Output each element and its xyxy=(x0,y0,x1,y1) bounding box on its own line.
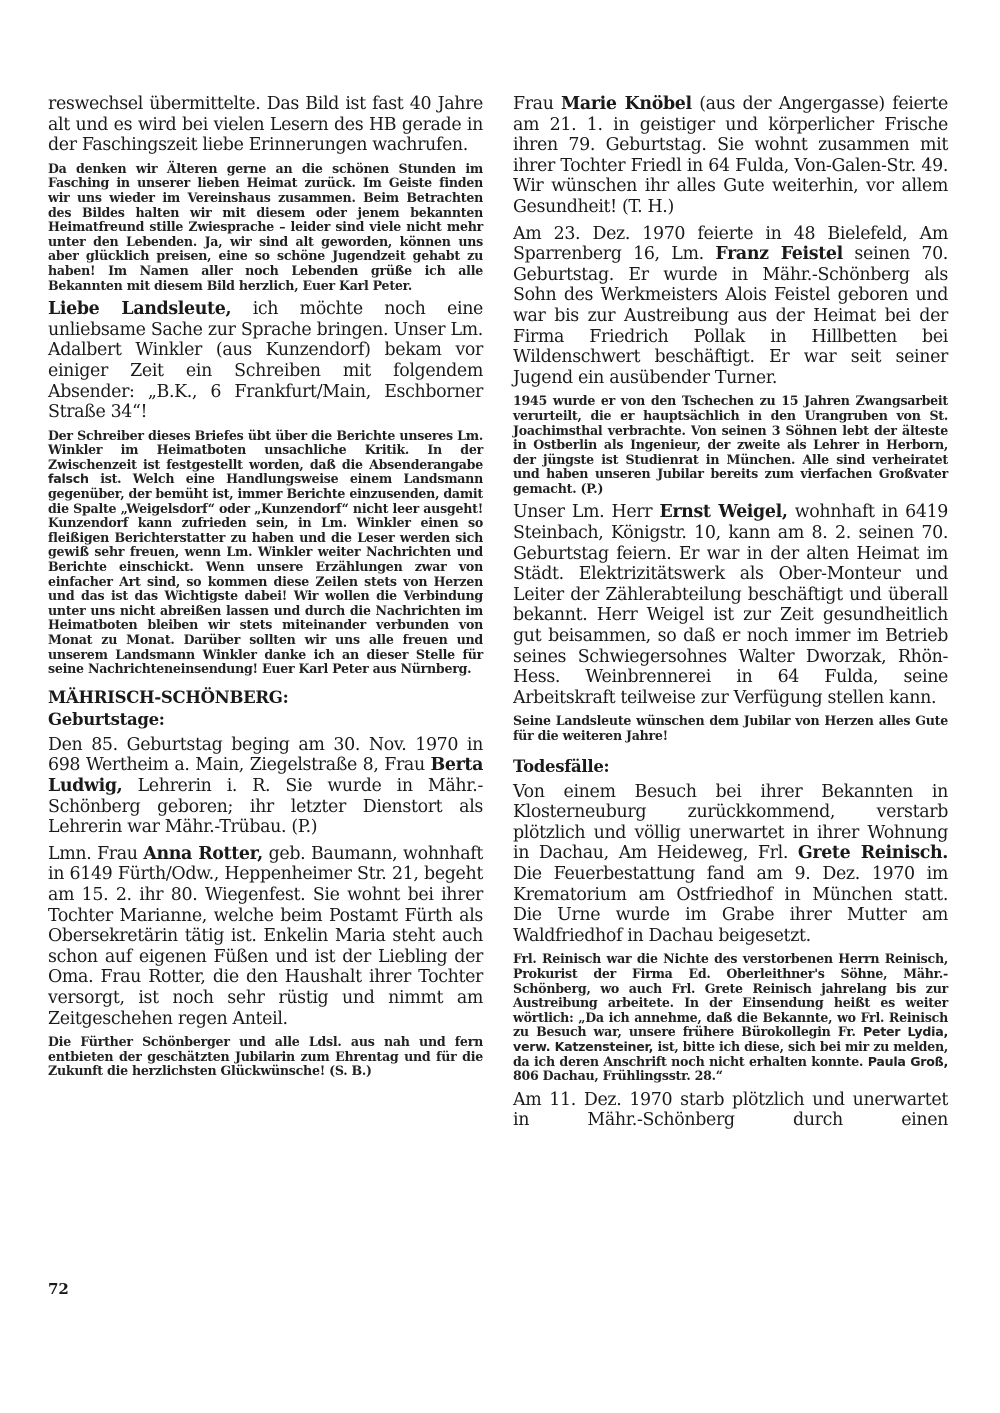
left-column: reswechsel übermittelte. Das Bild ist fa… xyxy=(48,94,483,1085)
right-column: Frau Marie Knöbel (aus der Angergasse) f… xyxy=(513,94,948,1137)
section-heading-maehrisch-schoenberg: MÄHRISCH-SCHÖNBERG: xyxy=(48,687,483,709)
paragraph-letter-critique: Der Schreiber dieses Briefes übt über di… xyxy=(48,429,483,677)
bold-name: Franz Feistel xyxy=(715,244,842,264)
sub-heading-todesfaelle: Todesfälle: xyxy=(513,756,948,778)
paragraph-dec-11-death: Am 11. Dez. 1970 starb plötzlich und une… xyxy=(513,1090,948,1131)
page-number: 72 xyxy=(48,1280,69,1298)
paragraph-photo-intro: reswechsel übermittelte. Das Bild ist fa… xyxy=(48,94,483,156)
paragraph-ernst-weigel: Unser Lm. Herr Ernst Weigel, wohnhaft in… xyxy=(513,502,948,708)
bold-falsch: falsch xyxy=(48,471,89,486)
text-span: Der Schreiber dieses Briefes übt über di… xyxy=(48,428,483,472)
paragraph-weigel-wishes: Seine Landsleute wünschen dem Jubilar vo… xyxy=(513,714,948,743)
text-span: Unser Lm. Herr xyxy=(513,502,659,522)
paragraph-berta-ludwig: Den 85. Geburtstag beging am 30. Nov. 19… xyxy=(48,735,483,838)
paragraph-grete-reinisch: Von einem Besuch bei ihrer Bekannten in … xyxy=(513,782,948,947)
paragraph-unpleasant-matter: Liebe Landsleute, ich möchte noch eine u… xyxy=(48,299,483,423)
text-span: wohnhaft in 6419 Steinbach, Königstr. 10… xyxy=(513,502,948,707)
paragraph-rotter-wishes: Die Fürther Schönberger und alle Ldsl. a… xyxy=(48,1035,483,1079)
bold-greeting: Liebe Landsleute, xyxy=(48,299,231,319)
sub-heading-geburtstage: Geburtstage: xyxy=(48,709,483,731)
paragraph-franz-feistel: Am 23. Dez. 1970 feierte in 48 Bielefeld… xyxy=(513,224,948,389)
bold-name: Marie Knöbel xyxy=(561,94,692,114)
bold-name: Anna Rotter, xyxy=(143,844,263,864)
text-span: 806 Dachau, Frühlingsstr. 28.“ xyxy=(513,1068,723,1083)
text-span: Den 85. Geburtstag beging am 30. Nov. 19… xyxy=(48,735,483,776)
text-span: seinen 70. Geburtstag. Er wurde in Mähr.… xyxy=(513,244,948,388)
bold-name: Grete Reinisch. xyxy=(798,843,948,863)
paragraph-marie-knoebel: Frau Marie Knöbel (aus der Angergasse) f… xyxy=(513,94,948,218)
paragraph-reinisch-details: Frl. Reinisch war die Nichte des verstor… xyxy=(513,952,948,1083)
text-span: Die Feuerbestattung fand am 9. Dez. 1970… xyxy=(513,864,948,946)
paragraph-feistel-1945: 1945 wurde er von den Tschechen zu 15 Ja… xyxy=(513,394,948,496)
paragraph-fasching-memories: Da denken wir Älteren gerne an die schön… xyxy=(48,162,483,293)
text-span: Lmn. Frau xyxy=(48,844,143,864)
paragraph-anna-rotter: Lmn. Frau Anna Rotter, geb. Baumann, woh… xyxy=(48,844,483,1029)
text-span: geb. Baumann, wohnhaft in 6149 Fürth/Odw… xyxy=(48,844,483,1029)
bold-name: Ernst Weigel, xyxy=(659,502,787,522)
text-span: Frau xyxy=(513,94,561,114)
text-span: ist. Welch eine Handlungsweise einem Lan… xyxy=(48,471,483,676)
bold-name: Paula Groß, xyxy=(868,1054,948,1069)
